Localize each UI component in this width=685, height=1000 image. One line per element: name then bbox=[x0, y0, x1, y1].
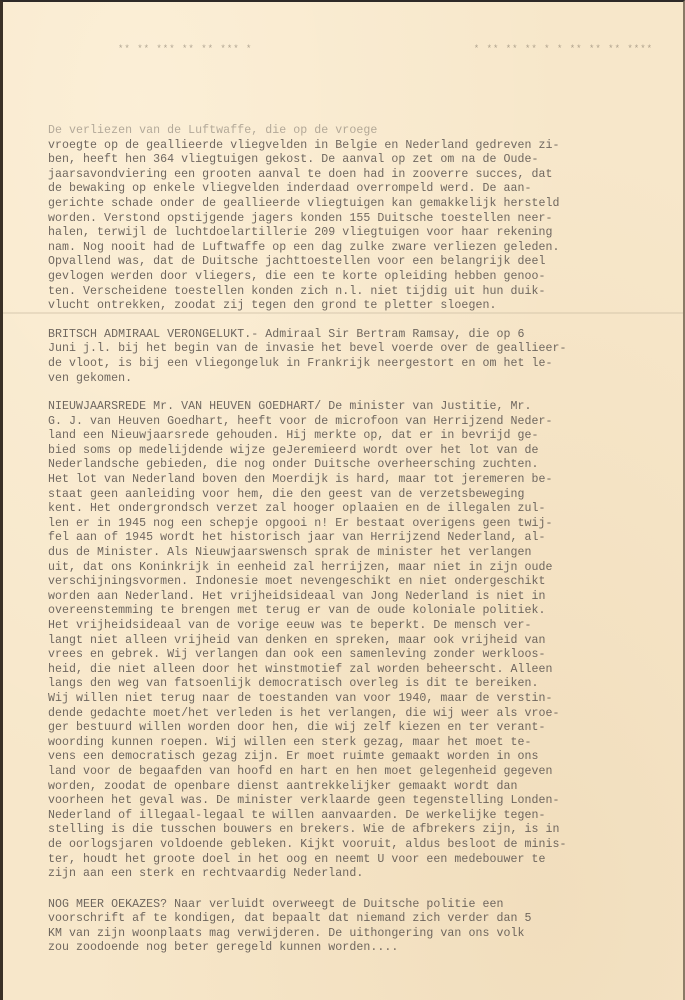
paragraph-nieuwjaarsrede: NIEUWJAARSREDE Mr. VAN HEUVEN GOEDHART/ … bbox=[48, 400, 668, 882]
text-line: len er in 1945 nog een schepje opgooi n!… bbox=[48, 517, 668, 532]
faint-header-right: * ** ** ** * * ** ** ** **** bbox=[474, 44, 653, 54]
text-line: gevlogen werden door vliegers, die een t… bbox=[48, 270, 668, 285]
faint-bleedthrough-header: ** ** *** ** ** *** * * ** ** ** * * ** … bbox=[118, 44, 653, 54]
text-line: BRITSCH ADMIRAAL VERONGELUKT.- Admiraal … bbox=[48, 328, 668, 343]
text-line: zou zoodoende nog beter geregeld kunnen … bbox=[48, 941, 668, 956]
text-line: de oorlogsjaren voldoende gebleken. Kijk… bbox=[48, 838, 668, 853]
text-line: heid, die niet alleen door het winstmoti… bbox=[48, 663, 668, 678]
text-line: De verliezen van de Luftwaffe, die op de… bbox=[48, 124, 668, 139]
text-line: Nederland of illegaal-legaal te willen a… bbox=[48, 809, 668, 824]
text-line: worden aan Nederland. Het vrijheidsideaa… bbox=[48, 590, 668, 605]
text-line: Opvallend was, dat de Duitsche jachttoes… bbox=[48, 255, 668, 270]
text-line: worden. Verstond opstijgende jagers kond… bbox=[48, 212, 668, 227]
text-line: Juni j.l. bij het begin van de invasie h… bbox=[48, 342, 668, 357]
text-line: KM van zijn woonplaats mag verwijderen. … bbox=[48, 927, 668, 942]
text-line: de bewaking op enkele vliegvelden inderd… bbox=[48, 182, 668, 197]
text-line: Nederlandsche gebieden, die nog onder Du… bbox=[48, 458, 668, 473]
text-line: langs den weg van fatsoenlijk democratis… bbox=[48, 677, 668, 692]
text-line: ben, heeft hen 364 vliegtuigen gekost. D… bbox=[48, 153, 668, 168]
text-line: kent. Het ondergrondsch verzet zal hooge… bbox=[48, 502, 668, 517]
text-line: fel aan of 1945 wordt het historisch jaa… bbox=[48, 531, 668, 546]
text-line: stelling is die tusschen bouwers en brek… bbox=[48, 823, 668, 838]
text-line: NIEUWJAARSREDE Mr. VAN HEUVEN GOEDHART/ … bbox=[48, 400, 668, 415]
text-line: langt niet alleen vrijheid van denken en… bbox=[48, 634, 668, 649]
faint-header-left: ** ** *** ** ** *** * bbox=[118, 44, 252, 54]
text-line: jaarsavondviering een grooten aanval te … bbox=[48, 168, 668, 183]
text-line: voorheen het geval was. De minister verk… bbox=[48, 794, 668, 809]
text-line: vroegte op de geallieerde vliegvelden in… bbox=[48, 139, 668, 154]
document-page: ** ** *** ** ** *** * * ** ** ** * * ** … bbox=[0, 0, 685, 1000]
text-line: land voor de begaafden van hoofd en hart… bbox=[48, 765, 668, 780]
text-line: dus de Minister. Als Nieuwjaarswensch sp… bbox=[48, 546, 668, 561]
text-line: verschijningsvormen. Indonesie moet neve… bbox=[48, 575, 668, 590]
text-line: uit, dat ons Koninkrijk in eenheid zal h… bbox=[48, 561, 668, 576]
text-line: ten. Verscheidene toestellen konden zich… bbox=[48, 285, 668, 300]
text-line: G. J. van Heuven Goedhart, heeft voor de… bbox=[48, 415, 668, 430]
text-line: land een Nieuwjaarsrede gehouden. Hij me… bbox=[48, 429, 668, 444]
text-line: dende gedachte moet/het verleden is het … bbox=[48, 707, 668, 722]
paragraph-britsch-admiraal: BRITSCH ADMIRAAL VERONGELUKT.- Admiraal … bbox=[48, 328, 668, 386]
text-line: bied soms op medelijdende wijze geJeremi… bbox=[48, 444, 668, 459]
text-line: Wij willen niet terug naar de toestanden… bbox=[48, 692, 668, 707]
text-line: vlucht ontrekken, zoodat zij tegen den g… bbox=[48, 299, 668, 314]
text-line: Het lot van Nederland boven den Moerdijk… bbox=[48, 473, 668, 488]
text-line: vens een democratisch gezag zijn. Er moe… bbox=[48, 750, 668, 765]
paragraph-luftwaffe-losses: De verliezen van de Luftwaffe, die op de… bbox=[48, 124, 668, 314]
text-line: Het vrijheidsideaal van de vorige eeuw w… bbox=[48, 619, 668, 634]
text-line: ter, houdt het groote doel in het oog en… bbox=[48, 853, 668, 868]
text-line: halen, terwijl de luchtdoelartillerie 20… bbox=[48, 226, 668, 241]
text-line: de vloot, is bij een vliegongeluk in Fra… bbox=[48, 357, 668, 372]
text-line: worden, zoodat de openbare dienst aantre… bbox=[48, 780, 668, 795]
text-line: overeenstemming te brengen met terug er … bbox=[48, 604, 668, 619]
text-line: voorschrift af te kondigen, dat bepaalt … bbox=[48, 912, 668, 927]
text-line: vrees en gebrek. Wij verlangen dan ook e… bbox=[48, 648, 668, 663]
text-line: ger bestuurd willen worden door hen, die… bbox=[48, 721, 668, 736]
paragraph-nog-meer-oekazes: NOG MEER OEKAZES? Naar verluidt overweeg… bbox=[48, 898, 668, 956]
text-line: NOG MEER OEKAZES? Naar verluidt overweeg… bbox=[48, 898, 668, 913]
text-line: woording kunnen roepen. Wij willen een s… bbox=[48, 736, 668, 751]
text-line: zijn aan een sterk en rechtvaardig Neder… bbox=[48, 867, 668, 882]
typewritten-body: De verliezen van de Luftwaffe, die op de… bbox=[48, 124, 668, 970]
text-line: nam. Nog nooit had de Luftwaffe op een d… bbox=[48, 241, 668, 256]
text-line: gerichte schade onder de geallieerde vli… bbox=[48, 197, 668, 212]
text-line: ven gekomen. bbox=[48, 372, 668, 387]
text-line: staat geen aanleiding voor hem, die den … bbox=[48, 488, 668, 503]
